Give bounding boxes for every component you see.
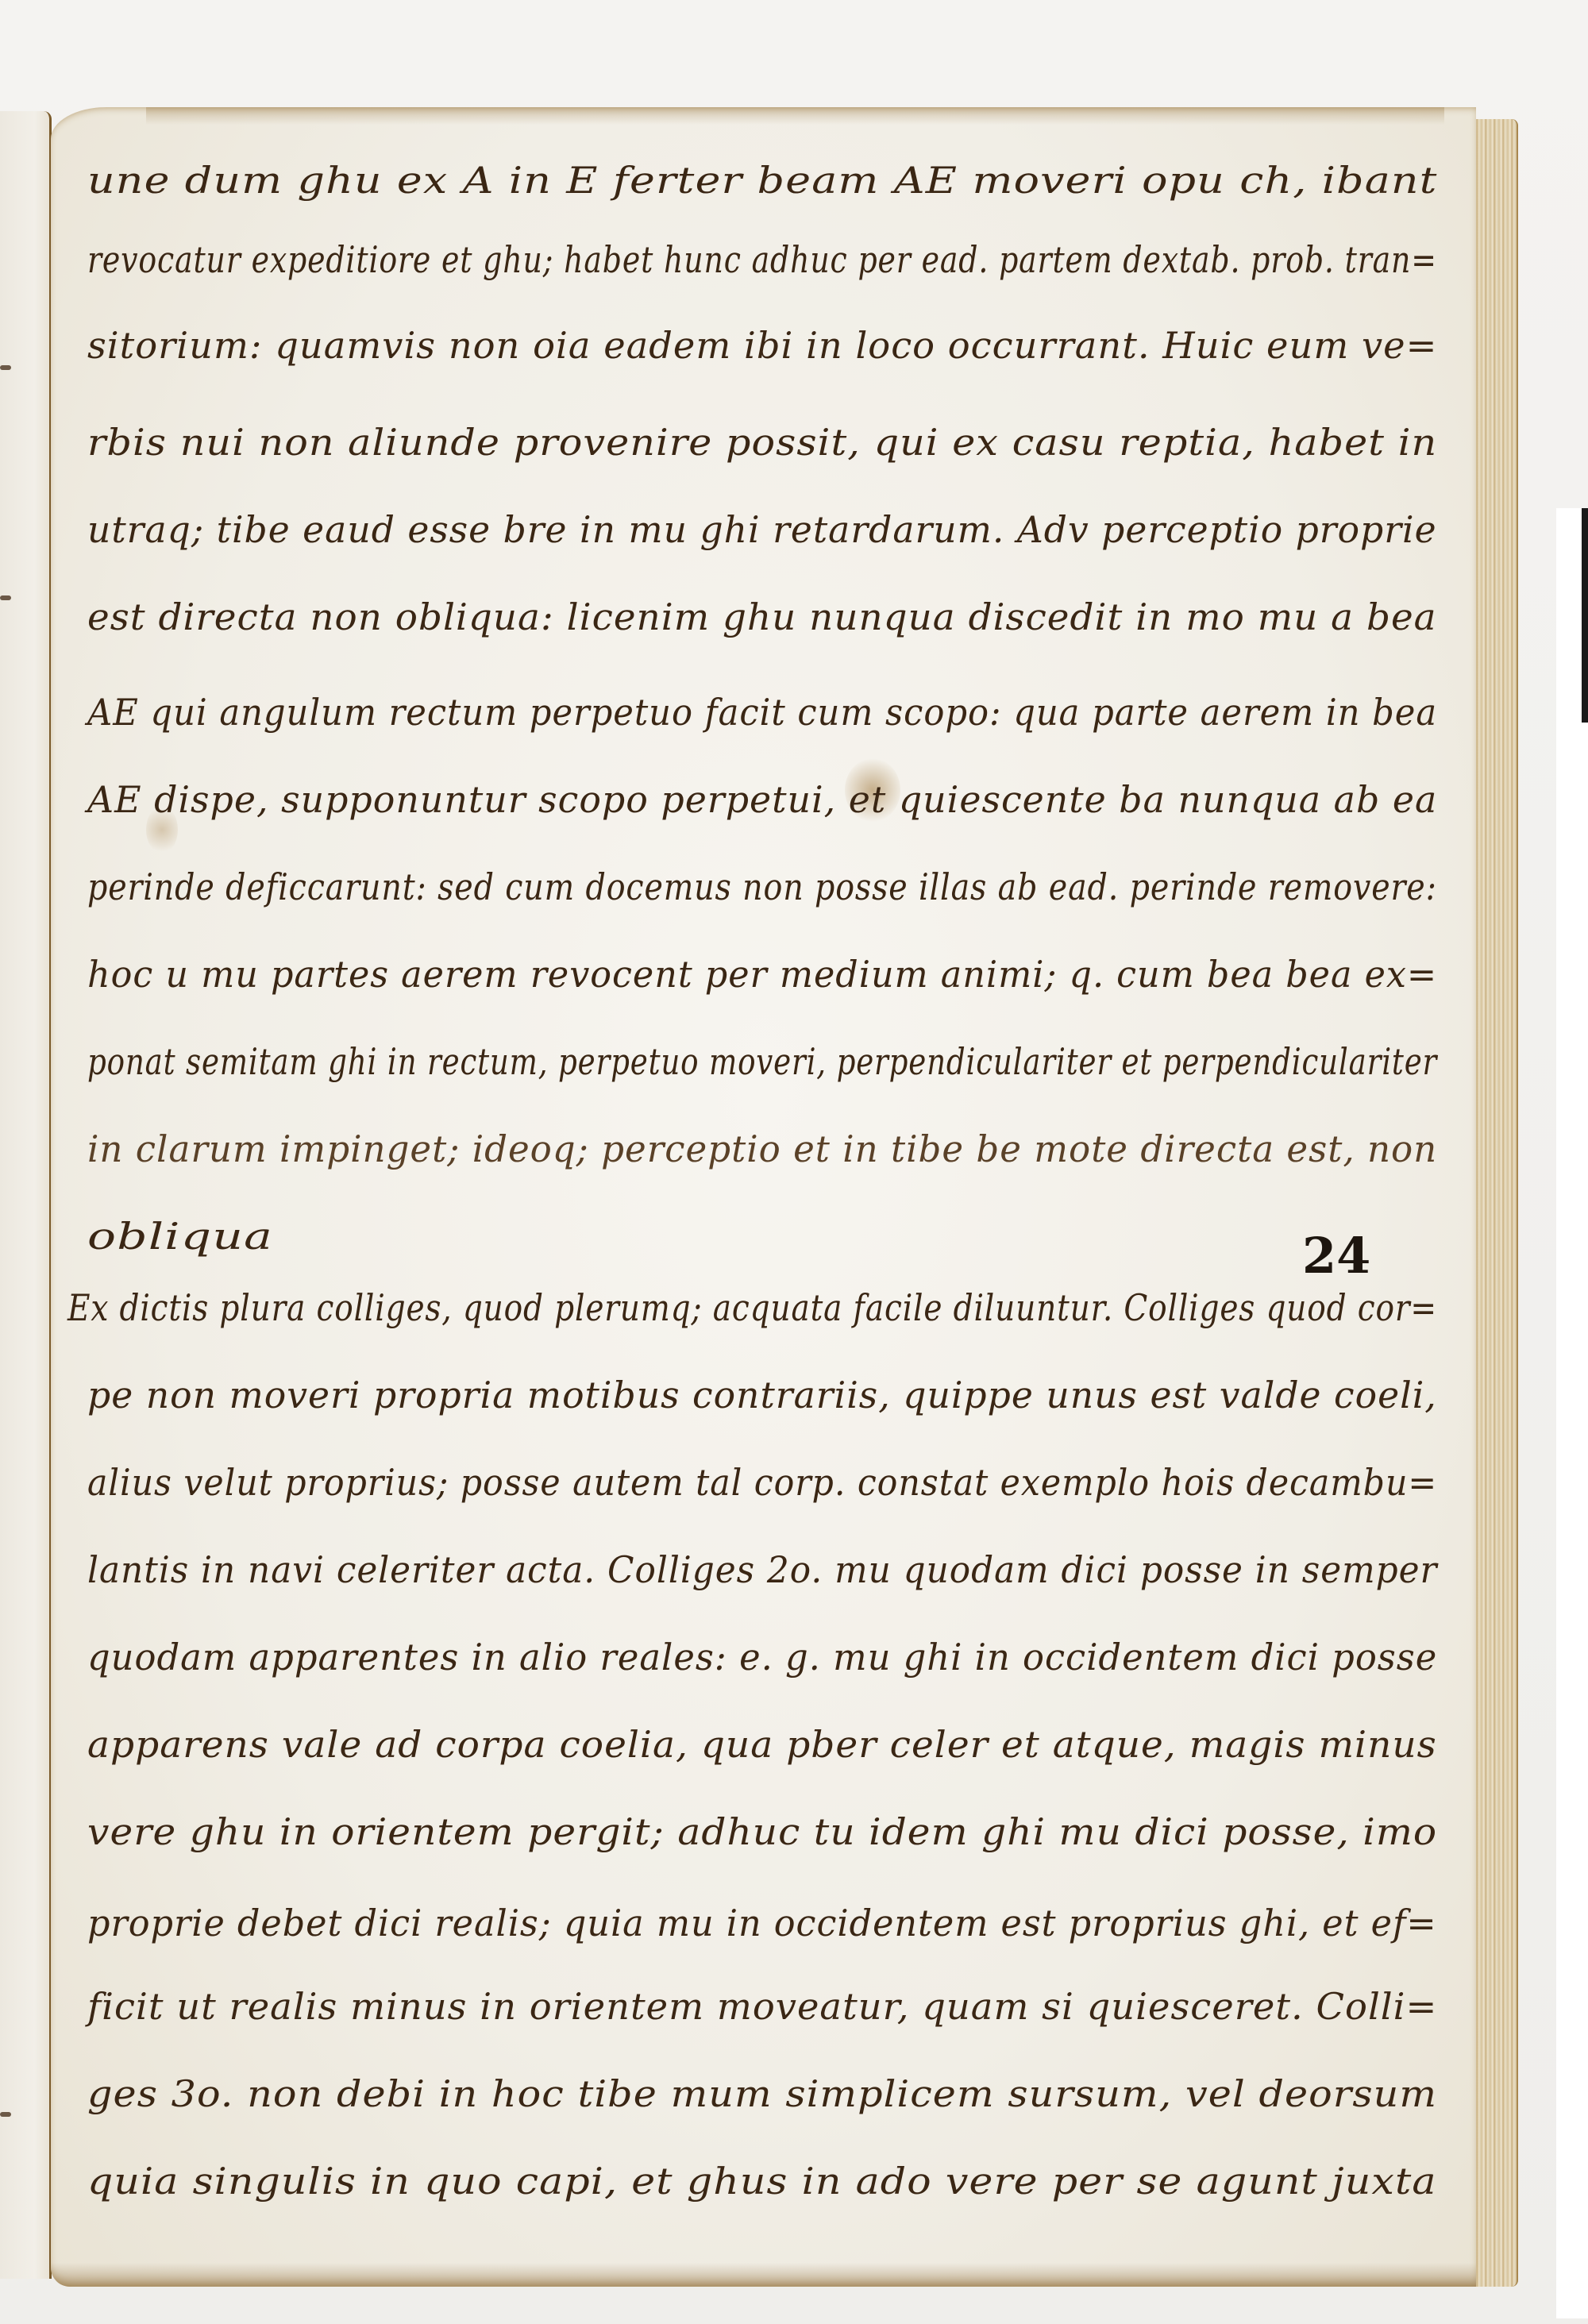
ink-fragment — [0, 365, 11, 370]
manuscript-line: apparens vale ad corpa coelia, qua pber … — [87, 1723, 1437, 1766]
ink-fragment — [0, 595, 11, 600]
manuscript-line: alius velut proprius; posse autem tal co… — [87, 1461, 1437, 1504]
manuscript-line: quodam apparentes in alio reales: e. g. … — [87, 1636, 1437, 1678]
manuscript-line: in clarum impinget; ideoq; perceptio et … — [87, 1127, 1437, 1170]
scanner-margin — [1556, 508, 1588, 2318]
manuscript-line: vere ghu in orientem pergit; adhuc tu id… — [87, 1810, 1437, 1853]
manuscript-line: ficit ut realis minus in orientem moveat… — [87, 1985, 1437, 2028]
manuscript-line: est directa non obliqua: licenim ghu nun… — [87, 595, 1437, 638]
previous-page-edge — [0, 111, 52, 2279]
scanner-marker-bar — [1582, 508, 1588, 723]
manuscript-line: Ex dictis plura colliges, quod plerumq; … — [67, 1286, 1437, 1329]
manuscript-line: une dum ghu ex A in E ferter beam AE mov… — [87, 159, 1437, 202]
folio-number: 24 — [1302, 1227, 1370, 1285]
manuscript-line: quia singulis in quo capi, et ghus in ad… — [87, 2160, 1437, 2203]
manuscript-line: rbis nui non aliunde provenire possit, q… — [87, 421, 1437, 464]
manuscript-line: perinde deficcarunt: sed cum docemus non… — [87, 865, 1437, 908]
manuscript-line: revocatur expeditiore et ghu; habet hunc… — [87, 238, 1437, 281]
manuscript-line: lantis in navi celeriter acta. Colliges … — [87, 1548, 1437, 1591]
manuscript-line: ges 3o. non debi in hoc tibe mum simplic… — [87, 2072, 1437, 2115]
manuscript-line: utraq; tibe eaud esse bre in mu ghi reta… — [87, 508, 1437, 551]
manuscript-line: obliqua — [87, 1215, 273, 1258]
ink-fragment — [0, 2112, 11, 2117]
manuscript-line: hoc u mu partes aerem revocent per mediu… — [87, 953, 1437, 996]
manuscript-line: sitorium: quamvis non oia eadem ibi in l… — [87, 324, 1437, 367]
manuscript-line: ponat semitam ghi in rectum, perpetuo mo… — [87, 1040, 1437, 1083]
manuscript-line: pe non moveri propria motibus contrariis… — [87, 1374, 1437, 1416]
manuscript-line: AE dispe, supponuntur scopo perpetui, et… — [87, 778, 1437, 821]
manuscript-line: AE qui angulum rectum perpetuo facit cum… — [87, 691, 1437, 734]
manuscript-line: proprie debet dici realis; quia mu in oc… — [87, 1902, 1437, 1944]
